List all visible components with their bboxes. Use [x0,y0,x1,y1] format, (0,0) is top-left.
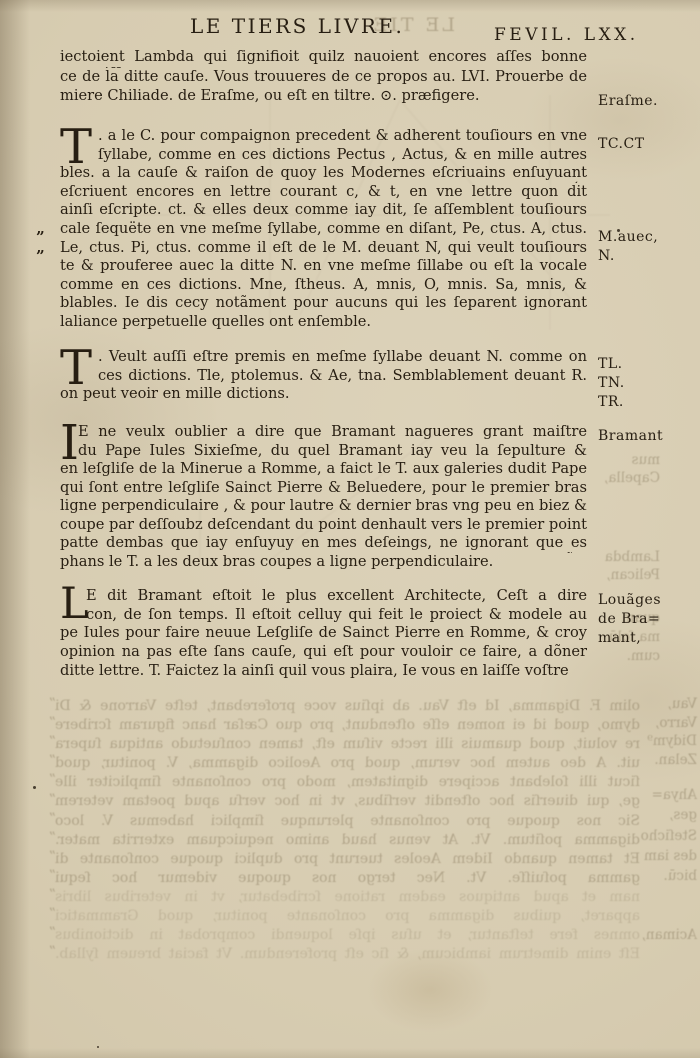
paragraph: T. Veult auſſi eſtre premis en meſme ſyl… [60,348,587,404]
text-line: miere Chiliade. de Eraſme, ou eſt en til… [60,87,587,107]
text-line: E dit Bramant eſtoit le plus excellent A… [60,587,587,606]
text-line: laliance perpetuelle quelles ont enſembl… [60,313,587,332]
margin-note: TR. [598,394,624,410]
folio-number: FEVIL. LXX. [494,25,639,45]
quote-mark: ” [36,228,46,246]
drop-cap: T [60,344,92,392]
text-line: cale ſequëte en vne meſme ſyllabe, comme… [60,220,587,239]
text-line: te & prouferee auec la ditte N. en vne m… [60,257,587,276]
margin-note: mant, [598,630,641,646]
text-line: bles. a la cauſe & raiſon de quoy les Mo… [60,164,587,183]
text-line: patte dembas que iay enſuyuy en mes deſe… [60,534,587,553]
paragraph: T. a le C. pour compaignon precedent & a… [60,127,587,332]
margin-note: Bramant [598,428,663,444]
text-line: pe Iules pour faire neuue Leſgliſe de Sa… [60,624,587,643]
text-line: ce de la ditte cauſe. Vous trouueres de … [60,68,587,88]
text-line: ſyllabe, comme en ces dictions Pectus , … [60,146,587,165]
text-line: eſcriuent encores en lettre courant c, &… [60,183,587,202]
margin-note: TC.CT [598,136,645,152]
margin-note: Eraſme. [598,93,658,109]
text-line: du Pape Iules Sixieſme, du quel Bramant … [60,442,587,461]
printed-content: LE TIERS LIVRE. FEVIL. LXX. iectoient La… [0,0,700,1058]
paragraph: LE dit Bramant eſtoit le plus excellent … [60,587,587,680]
drop-cap: T [60,123,92,171]
paragraph: iectoient Lambda qui ſignifioit quilz na… [60,48,587,107]
margin-note: TN. [598,375,625,391]
text-line: Le, ctus. Pi, ctus. comme il eſt de le M… [60,239,587,258]
margin-note: N. [598,248,615,264]
margin-note: M.auec, [598,229,658,245]
text-line: E ne veulx oublier a dire que Bramant na… [60,423,587,442]
text-line: ditte lettre. T. Faictez la ainſi quil v… [60,662,587,681]
text-line: on peut veoir en mille dictions. [60,385,587,404]
text-line: . Veult auſſi eſtre premis en meſme ſyll… [60,348,587,367]
quote-mark: ” [36,247,46,265]
text-line: ainſi eſcripte. ct. & elles deux comme i… [60,201,587,220]
book-page-scan: LE TIE olim F. Digamma, Id eſt Vau. ab i… [0,0,700,1058]
ink-speck [97,1046,99,1048]
margin-note: Louãges [598,592,661,608]
ink-speck [617,229,620,232]
text-line: ligne perpendiculaire , & pour lautre & … [60,497,587,516]
text-line: opinion na pas eſte ſans cauſe, qui eſt … [60,643,587,662]
text-line: comme en ces dictions. Mne, ſtheus. A, m… [60,276,587,295]
text-line: iectoient Lambda qui ſignifioit quilz na… [60,48,587,68]
text-line: ces dictions. Tle, ptolemus. & Ae, tna. … [60,367,587,386]
drop-cap: I [60,419,79,467]
drop-cap: L [60,583,89,626]
text-line: . a le C. pour compaignon precedent & ad… [60,127,587,146]
text-line: qui ſont entre leſgliſe Sainct Pierre & … [60,479,587,498]
text-line: blables. Ie dis cecy notãment pour aucun… [60,294,587,313]
paragraph: IE ne veulx oublier a dire que Bramant n… [60,423,587,571]
margin-note: de Bra= [598,611,660,627]
text-line: coupe par deſſoubz deſcendant du point d… [60,516,587,535]
margin-note: TL. [598,356,623,372]
text-line: con, de ſon temps. Il eſtoit celluy qui … [60,606,587,625]
text-line: phans le T. a les deux bras coupes a lig… [60,553,587,572]
running-title: LE TIERS LIVRE. [190,14,404,38]
ink-speck [33,786,36,789]
text-line: en leſgliſe de la Minerue a Romme, a fai… [60,460,587,479]
